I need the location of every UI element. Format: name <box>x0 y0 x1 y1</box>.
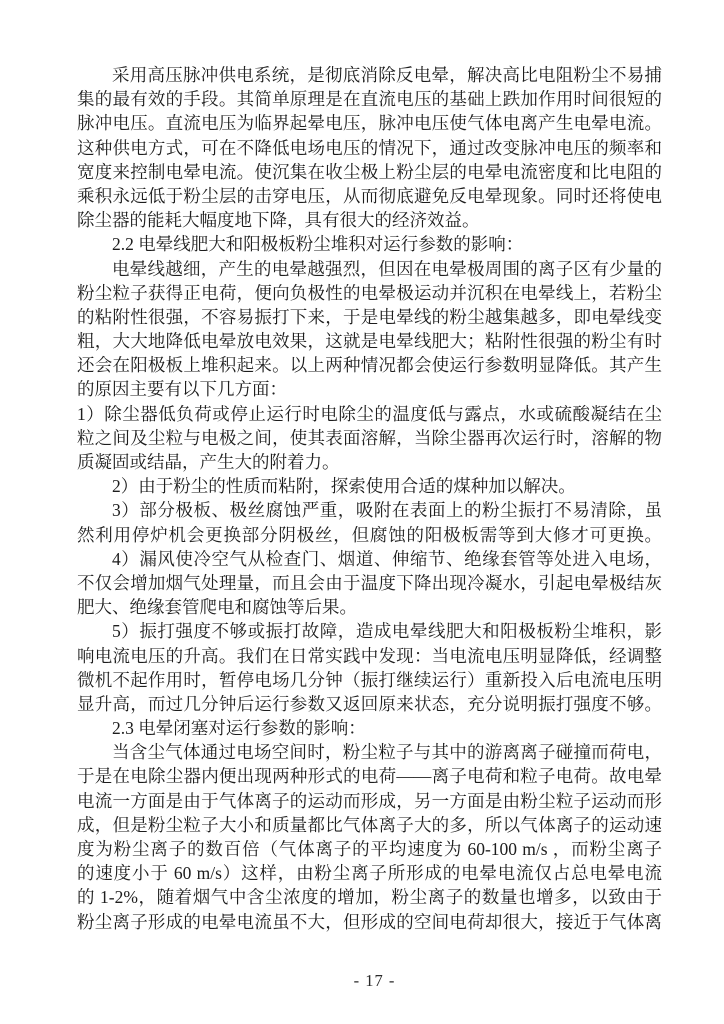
text-line: 微机不起作用时，暂停电场几分钟（振打继续运行）重新投入后电流电压明 <box>77 668 662 692</box>
text-line: 质凝固或结晶，产生大的附着力。 <box>77 450 662 474</box>
text-line: 粗，大大地降低电晕放电效果，这就是电晕线肥大；粘附性很强的粉尘有时 <box>77 329 662 353</box>
text-line: 当含尘气体通过电场空间时，粉尘粒子与其中的游离离子碰撞而荷电， <box>77 740 662 764</box>
text-line: 4）漏风使冷空气从检查门、烟道、伸缩节、绝缘套管等处进入电场， <box>77 547 662 571</box>
text-line: 粉尘离子形成的电晕电流虽不大，但形成的空间电荷却很大，接近于气体离 <box>77 910 662 934</box>
page-number: - 17 - <box>77 971 672 991</box>
text-line: 不仅会增加烟气处理量，而且会由于温度下降出现冷凝水，引起电晕极结灰 <box>77 571 662 595</box>
text-line: 电流一方面是由于气体离子的运动而形成，另一方面是由粉尘粒子运动而形 <box>77 789 662 813</box>
text-column: 采用高压脉冲供电系统，是彻底消除反电晕，解决高比电阻粉尘不易捕集的最有效的手段。… <box>77 63 662 934</box>
text-line: 粒之间及尘粒与电极之间，使其表面溶解，当除尘器再次运行时，溶解的物 <box>77 426 662 450</box>
text-line: 3）部分极板、极丝腐蚀严重，吸附在表面上的粉尘振打不易清除，虽 <box>77 498 662 522</box>
text-line: 5）振打强度不够或振打故障，造成电晕线肥大和阳极板粉尘堆积，影 <box>77 619 662 643</box>
text-line: 这种供电方式，可在不降低电场电压的情况下，通过改变脉冲电压的频率和 <box>77 136 662 160</box>
text-line: 于是在电除尘器内便出现两种形式的电荷——离子电荷和粒子电荷。故电晕 <box>77 764 662 788</box>
document-page: 采用高压脉冲供电系统，是彻底消除反电晕，解决高比电阻粉尘不易捕集的最有效的手段。… <box>0 0 724 1024</box>
text-line: 成，但是粉尘粒子大小和质量都比气体离子大的多，所以气体离子的运动速 <box>77 813 662 837</box>
section-heading: 2.2 电晕线肥大和阳极板粉尘堆积对运行参数的影响： <box>77 232 662 256</box>
text-line: 度为粉尘离子的数百倍（气体离子的平均速度为 60-100 m/s ，而粉尘离子 <box>77 837 662 861</box>
text-line: 的速度小于 60 m/s）这样，由粉尘离子所形成的电晕电流仅占总电晕电流 <box>77 861 662 885</box>
text-line: 显升高，而过几分钟后运行参数又返回原来状态，充分说明振打强度不够。 <box>77 692 662 716</box>
text-line: 脉冲电压。直流电压为临界起晕电压，脉冲电压使气体电离产生电晕电流。 <box>77 111 662 135</box>
text-line: 集的最有效的手段。其简单原理是在直流电压的基础上跌加作用时间很短的 <box>77 87 662 111</box>
text-line: 还会在阳极板上堆积起来。以上两种情况都会使运行参数明显降低。其产生 <box>77 353 662 377</box>
section-heading: 2.3 电晕闭塞对运行参数的影响： <box>77 716 662 740</box>
text-line: 然利用停炉机会更换部分阴极丝，但腐蚀的阳极板需等到大修才可更换。 <box>77 523 662 547</box>
text-line: 电晕线越细，产生的电晕越强烈，但因在电晕极周围的离子区有少量的 <box>77 257 662 281</box>
text-line: 粉尘粒子获得正电荷，便向负极性的电晕极运动并沉积在电晕线上，若粉尘 <box>77 281 662 305</box>
text-line: 宽度来控制电晕电流。使沉集在收尘极上粉尘层的电晕电流密度和比电阻的 <box>77 160 662 184</box>
text-line: 1）除尘器低负荷或停止运行时电除尘的温度低与露点，水或硫酸凝结在尘 <box>77 402 662 426</box>
text-line: 响电流电压的升高。我们在日常实践中发现：当电流电压明显降低，经调整 <box>77 644 662 668</box>
text-line: 2）由于粉尘的性质而粘附，探索使用合适的煤种加以解决。 <box>77 474 662 498</box>
text-line: 乘积永远低于粉尘层的击穿电压，从而彻底避免反电晕现象。同时还将使电 <box>77 184 662 208</box>
text-line: 采用高压脉冲供电系统，是彻底消除反电晕，解决高比电阻粉尘不易捕 <box>77 63 662 87</box>
text-line: 的粘附性很强，不容易振打下来，于是电晕线的粉尘越集越多，即电晕线变 <box>77 305 662 329</box>
text-line: 的原因主要有以下几方面： <box>77 377 662 401</box>
text-line: 的 1-2%，随着烟气中含尘浓度的增加，粉尘离子的数量也增多，以致由于 <box>77 885 662 909</box>
text-line: 肥大、绝缘套管爬电和腐蚀等后果。 <box>77 595 662 619</box>
text-line: 除尘器的能耗大幅度地下降，具有很大的经济效益。 <box>77 208 662 232</box>
